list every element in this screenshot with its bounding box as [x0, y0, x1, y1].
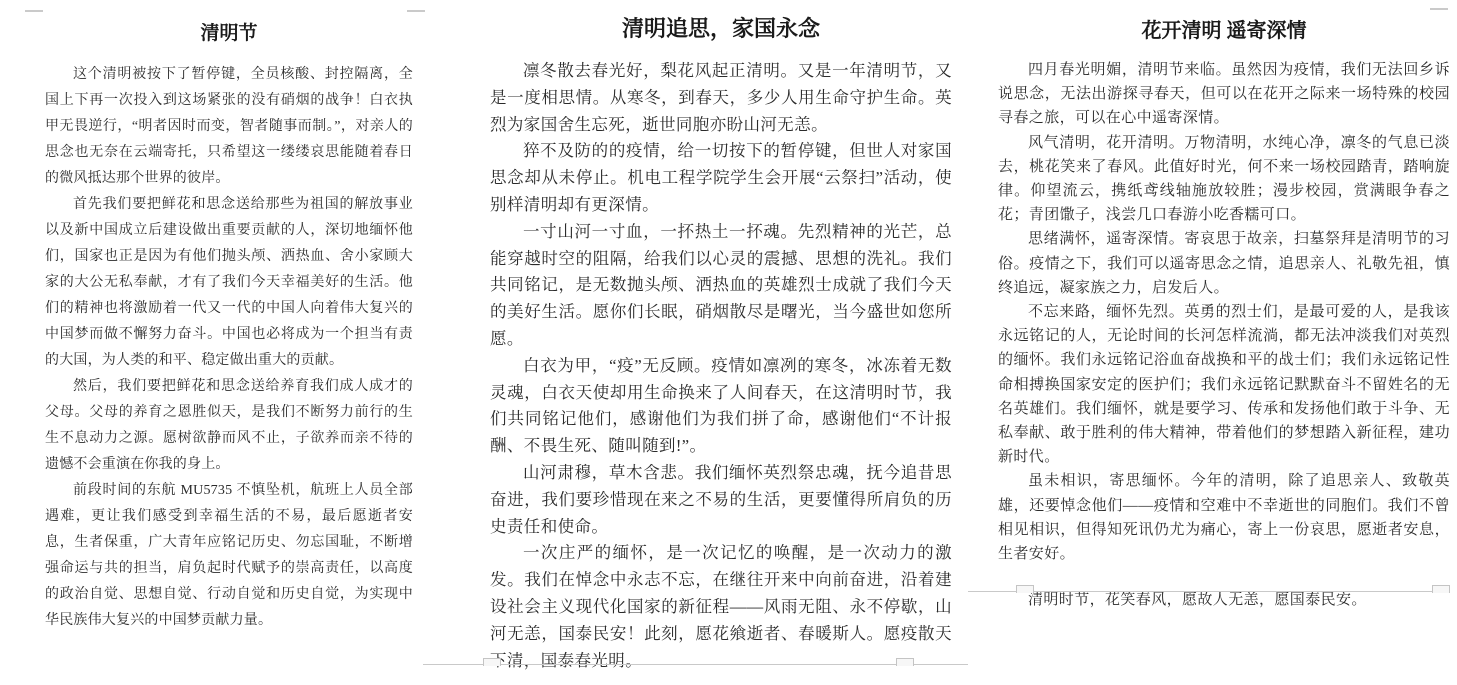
page-2-paragraph: 凛冬散去春光好，梨花风起正清明。又是一年清明节，又是一度相思情。从寒冬，到春天，… — [490, 58, 952, 138]
page-3-paragraph: 思绪满怀，遥寄深情。寄哀思于故亲，扫墓祭拜是清明节的习俗。疫情之下，我们可以遥寄… — [998, 227, 1450, 300]
page-2-paragraph: 白衣为甲，“疫”无反顾。疫情如凛冽的寒冬，冰冻着无数灵魂，白衣天使却用生命换来了… — [490, 353, 952, 460]
page-1-paragraph: 首先我们要把鲜花和思念送给那些为祖国的解放事业以及新中国成立后建设做出重要贡献的… — [45, 192, 413, 374]
page-3-paragraph: 不忘来路，缅怀先烈。英勇的烈士们，是最可爱的人，是我该永远铭记的人，无论时间的长… — [998, 300, 1450, 469]
page-2-paragraph: 猝不及防的的疫情，给一切按下的暂停键，但世人对家国思念却从未停止。机电工程学院学… — [490, 138, 952, 218]
page-3-title: 花开清明 遥寄深情 — [998, 14, 1450, 43]
page-corner-mark — [25, 10, 43, 12]
page-2: 清明追思，家国永念 凛冬散去春光好，梨花风起正清明。又是一年清明节，又是一度相思… — [490, 10, 952, 674]
page-2-title: 清明追思，家国永念 — [490, 12, 952, 43]
page-2-paragraph: 山河肃穆，草木含悲。我们缅怀英烈祭忠魂，抚今追昔思奋进，我们要珍惜现在来之不易的… — [490, 460, 952, 540]
page-break-line — [423, 664, 968, 665]
page-3-paragraph: 四月春光明媚，清明节来临。虽然因为疫情，我们无法回乡诉说思念，无法出游探寻春天，… — [998, 58, 1450, 131]
page-corner-mark — [1430, 8, 1448, 10]
page-break-tab — [896, 658, 914, 666]
word-multipage-view: 清明节 这个清明被按下了暂停键，全员核酸、封控隔离，全国上下再一次投入到这场紧张… — [0, 0, 1457, 685]
page-3-paragraph: 风气清明，花开清明。万物清明，水纯心净，凛冬的气息已淡去，桃花笑来了春风。此值好… — [998, 131, 1450, 228]
page-2-paragraph: 一次庄严的缅怀，是一次记忆的唤醒，是一次动力的激发。我们在悼念中永志不忘，在继往… — [490, 540, 952, 674]
page-corner-mark — [407, 10, 425, 12]
page-break-line — [968, 591, 1450, 592]
page-1-paragraph: 这个清明被按下了暂停键，全员核酸、封控隔离，全国上下再一次投入到这场紧张的没有硝… — [45, 62, 413, 192]
page-1-title: 清明节 — [45, 18, 413, 45]
page-break-tab — [1016, 585, 1034, 593]
page-1-paragraph: 然后，我们要把鲜花和思念送给养育我们成人成才的父母。父母的养育之恩胜似天，是我们… — [45, 374, 413, 478]
page-1: 清明节 这个清明被按下了暂停键，全员核酸、封控隔离，全国上下再一次投入到这场紧张… — [45, 14, 413, 634]
page-2-paragraph: 一寸山河一寸血，一抔热土一抔魂。先烈精神的光芒，总能穿越时空的阻隔，给我们以心灵… — [490, 219, 952, 353]
page-1-paragraph: 前段时间的东航 MU5735 不慎坠机，航班上人员全部遇难，更让我们感受到幸福生… — [45, 478, 413, 634]
page-break-tab — [1432, 585, 1450, 593]
page-break-tab — [483, 658, 501, 666]
page-3-paragraph: 虽未相识，寄思缅怀。今年的清明，除了追思亲人、致敬英雄，还要悼念他们——疫情和空… — [998, 469, 1450, 566]
page-3: 花开清明 遥寄深情 四月春光明媚，清明节来临。虽然因为疫情，我们无法回乡诉说思念… — [998, 12, 1450, 612]
